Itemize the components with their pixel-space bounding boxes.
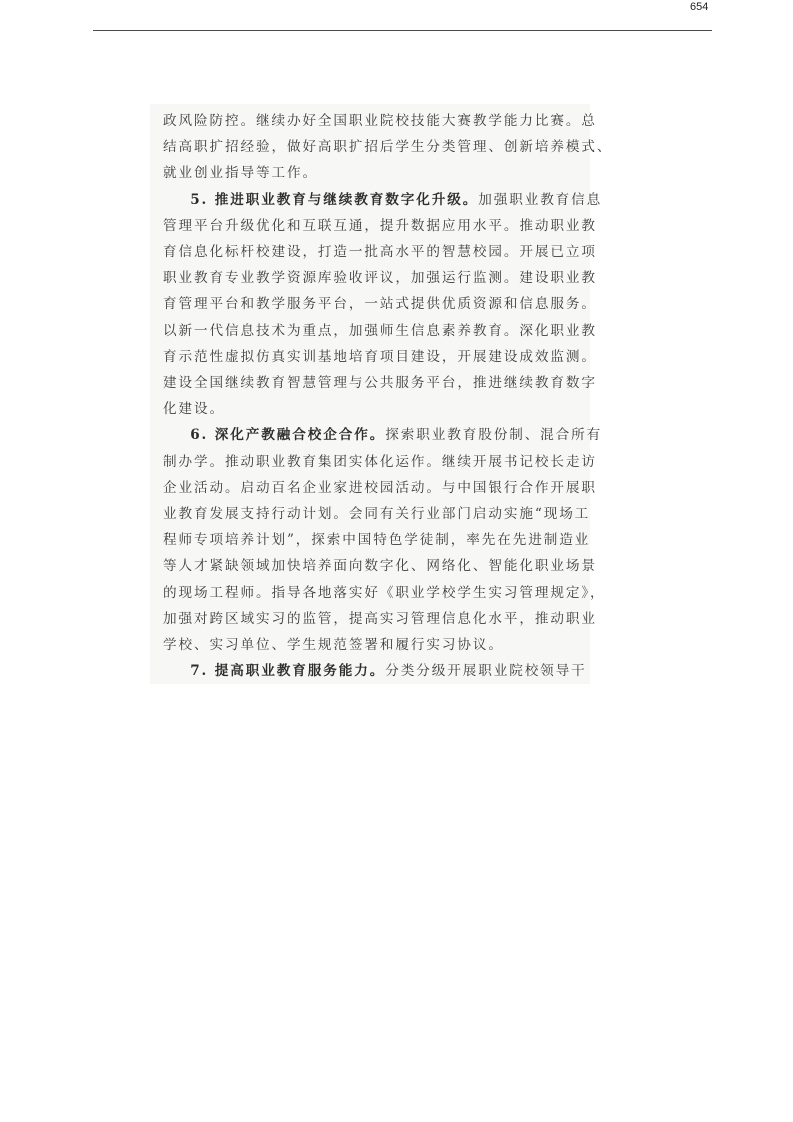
text-line: 6. 深化产教融合校企合作。探索职业教育股份制、混合所有 (163, 422, 587, 448)
text-line: 7. 提高职业教育服务能力。分类分级开展职业院校领导干 (163, 658, 587, 684)
text-line: 等人才紧缺领域加快培养面向数字化、网络化、智能化职业场景 (163, 553, 587, 579)
section-heading-5: 5. 推进职业教育与继续教育数字化升级。 (190, 192, 478, 208)
text-line: 育示范性虚拟仿真实训基地培育项目建设，开展建设成效监测。 (163, 344, 587, 370)
paragraph-item-5: 5. 推进职业教育与继续教育数字化升级。加强职业教育信息 管理平台升级优化和互联… (163, 187, 587, 423)
text-line: 以新一代信息技术为重点，加强师生信息素养教育。深化职业教 (163, 318, 587, 344)
document-body: 政风险防控。继续办好全国职业院校技能大赛教学能力比赛。总 结高职扩招经验，做好高… (163, 108, 587, 684)
paragraph-continuation: 政风险防控。继续办好全国职业院校技能大赛教学能力比赛。总 结高职扩招经验，做好高… (163, 108, 587, 187)
text-line: 育管理平台和教学服务平台，一站式提供优质资源和信息服务。 (163, 291, 587, 317)
paragraph-item-7: 7. 提高职业教育服务能力。分类分级开展职业院校领导干 (163, 658, 587, 684)
text-line: 企业活动。启动百名企业家进校园活动。与中国银行合作开展职 (163, 475, 587, 501)
text-line: 结高职扩招经验，做好高职扩招后学生分类管理、创新培养模式、 (163, 134, 587, 160)
text-line: 职业教育专业教学资源库验收评议，加强运行监测。建设职业教 (163, 265, 587, 291)
text-run: 分类分级开展职业院校领导干 (385, 663, 586, 679)
text-line: 制办学。推动职业教育集团实体化运作。继续开展书记校长走访 (163, 449, 587, 475)
text-line: 建设全国继续教育智慧管理与公共服务平台，推进继续教育数字 (163, 370, 587, 396)
text-line: 的现场工程师。指导各地落实好《职业学校学生实习管理规定》， (163, 580, 587, 606)
text-line: 加强对跨区域实习的监管，提高实习管理信息化水平，推动职业 (163, 606, 587, 632)
text-line: 5. 推进职业教育与继续教育数字化升级。加强职业教育信息 (163, 187, 587, 213)
text-run: 加强职业教育信息 (478, 192, 602, 208)
section-heading-7: 7. 提高职业教育服务能力。 (190, 663, 385, 679)
paragraph-item-6: 6. 深化产教融合校企合作。探索职业教育股份制、混合所有 制办学。推动职业教育集… (163, 422, 587, 658)
text-line: 管理平台升级优化和互联互通，提升数据应用水平。推动职业教 (163, 213, 587, 239)
text-line: 学校、实习单位、学生规范签署和履行实习协议。 (163, 632, 587, 658)
header-rule (93, 30, 712, 31)
text-run: 探索职业教育股份制、混合所有 (385, 427, 602, 443)
text-line: 就业创业指导等工作。 (163, 160, 587, 186)
text-line: 政风险防控。继续办好全国职业院校技能大赛教学能力比赛。总 (163, 108, 587, 134)
section-heading-6: 6. 深化产教融合校企合作。 (190, 427, 385, 443)
text-line: 育信息化标杆校建设，打造一批高水平的智慧校园。开展已立项 (163, 239, 587, 265)
page-number: 654 (690, 1, 708, 13)
text-line: 程师专项培养计划”，探索中国特色学徒制，率先在先进制造业 (163, 527, 587, 553)
text-line: 化建设。 (163, 396, 587, 422)
text-line: 业教育发展支持行动计划。会同有关行业部门启动实施“现场工 (163, 501, 587, 527)
